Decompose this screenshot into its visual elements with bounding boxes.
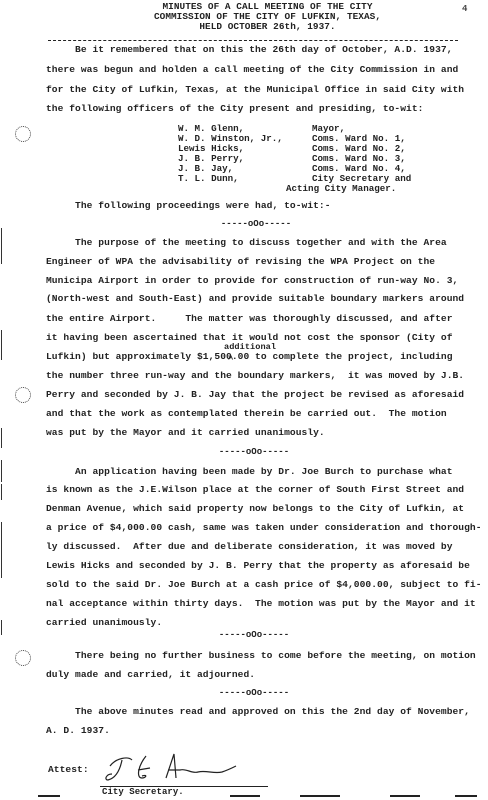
margin-mark [1, 460, 2, 482]
item2-line: nal acceptance within thirty days. The m… [46, 598, 476, 609]
margin-mark [1, 522, 2, 578]
item1-line: (North-west and South-East) and provide … [46, 293, 464, 304]
margin-mark [1, 428, 2, 448]
item1-line: Lufkin) but approximately $1,500.00 to c… [46, 351, 453, 362]
margin-mark [1, 620, 2, 635]
section-separator: -----oOo----- [10, 688, 488, 698]
adjourn-line: duly made and carried, it adjourned. [46, 669, 255, 680]
margin-mark [1, 330, 2, 360]
item2-line: is known as the J.E.Wilson place at the … [46, 484, 464, 495]
document-page: 4 MINUTES OF A CALL MEETING OF THE CITY … [0, 0, 488, 800]
title-divider [48, 40, 458, 41]
title-line-3: HELD OCTOBER 26th, 1937. [150, 22, 385, 32]
punch-hole-icon [15, 387, 31, 403]
item2-line: An application having been made by Dr. J… [46, 466, 453, 477]
item2-line: carried unanimously. [46, 617, 162, 628]
item2-line: a price of $4,000.00 cash, same was take… [46, 522, 482, 533]
item2-line: ly discussed. After due and deliberate c… [46, 541, 453, 552]
handwritten-signature: T. L. Dunn [102, 752, 242, 786]
officer-title-continuation: Acting City Manager. [286, 184, 396, 194]
section-separator: -----oOo----- [10, 447, 488, 457]
item2-line: Denman Avenue, which said property now b… [46, 503, 464, 514]
section-separator: -----oOo----- [12, 219, 488, 229]
insertion-caret-icon: ^ [228, 355, 233, 365]
margin-mark [1, 484, 2, 500]
item2-line: Lewis Hicks and seconded by J. B. Perry … [46, 560, 470, 571]
scan-edge-artifact [30, 795, 480, 798]
officer-name: T. L. Dunn, [178, 174, 239, 184]
item1-line: the number three run-way and the boundar… [46, 370, 464, 381]
item1-line: Engineer of WPA the advisability of revi… [46, 256, 435, 267]
approval-line: The above minutes read and approved on t… [46, 706, 470, 717]
punch-hole-icon [15, 650, 31, 666]
item1-line: and that the work as contemplated therei… [46, 408, 447, 419]
item1-line: was put by the Mayor and it carried unan… [46, 427, 325, 438]
item1-line: The purpose of the meeting to discuss to… [46, 237, 447, 248]
item2-line: sold to the said Dr. Joe Burch at a cash… [46, 579, 482, 590]
item1-line: Perry and seconded by J. B. Jay that the… [46, 389, 464, 400]
punch-hole-icon [15, 126, 31, 142]
item1-line: Municipa Airport in order to provide for… [46, 275, 458, 286]
opening-line-1: Be it remembered that on this the 26th d… [46, 44, 453, 55]
section-separator: -----oOo----- [10, 630, 488, 640]
approval-line: A. D. 1937. [46, 725, 110, 736]
page-corner-mark: 4 [462, 4, 467, 14]
opening-line-3: for the City of Lufkin, Texas, at the Mu… [46, 84, 464, 95]
opening-line-4: the following officers of the City prese… [46, 103, 423, 114]
margin-mark [1, 228, 2, 264]
adjourn-line: There being no further business to come … [46, 650, 476, 661]
opening-line-2: there was begun and holden a call meetin… [46, 64, 458, 75]
item1-line: the entire Airport. The matter was thoro… [46, 313, 453, 324]
attest-label: Attest: [48, 764, 89, 775]
proceedings-intro: The following proceedings were had, to-w… [46, 200, 331, 211]
